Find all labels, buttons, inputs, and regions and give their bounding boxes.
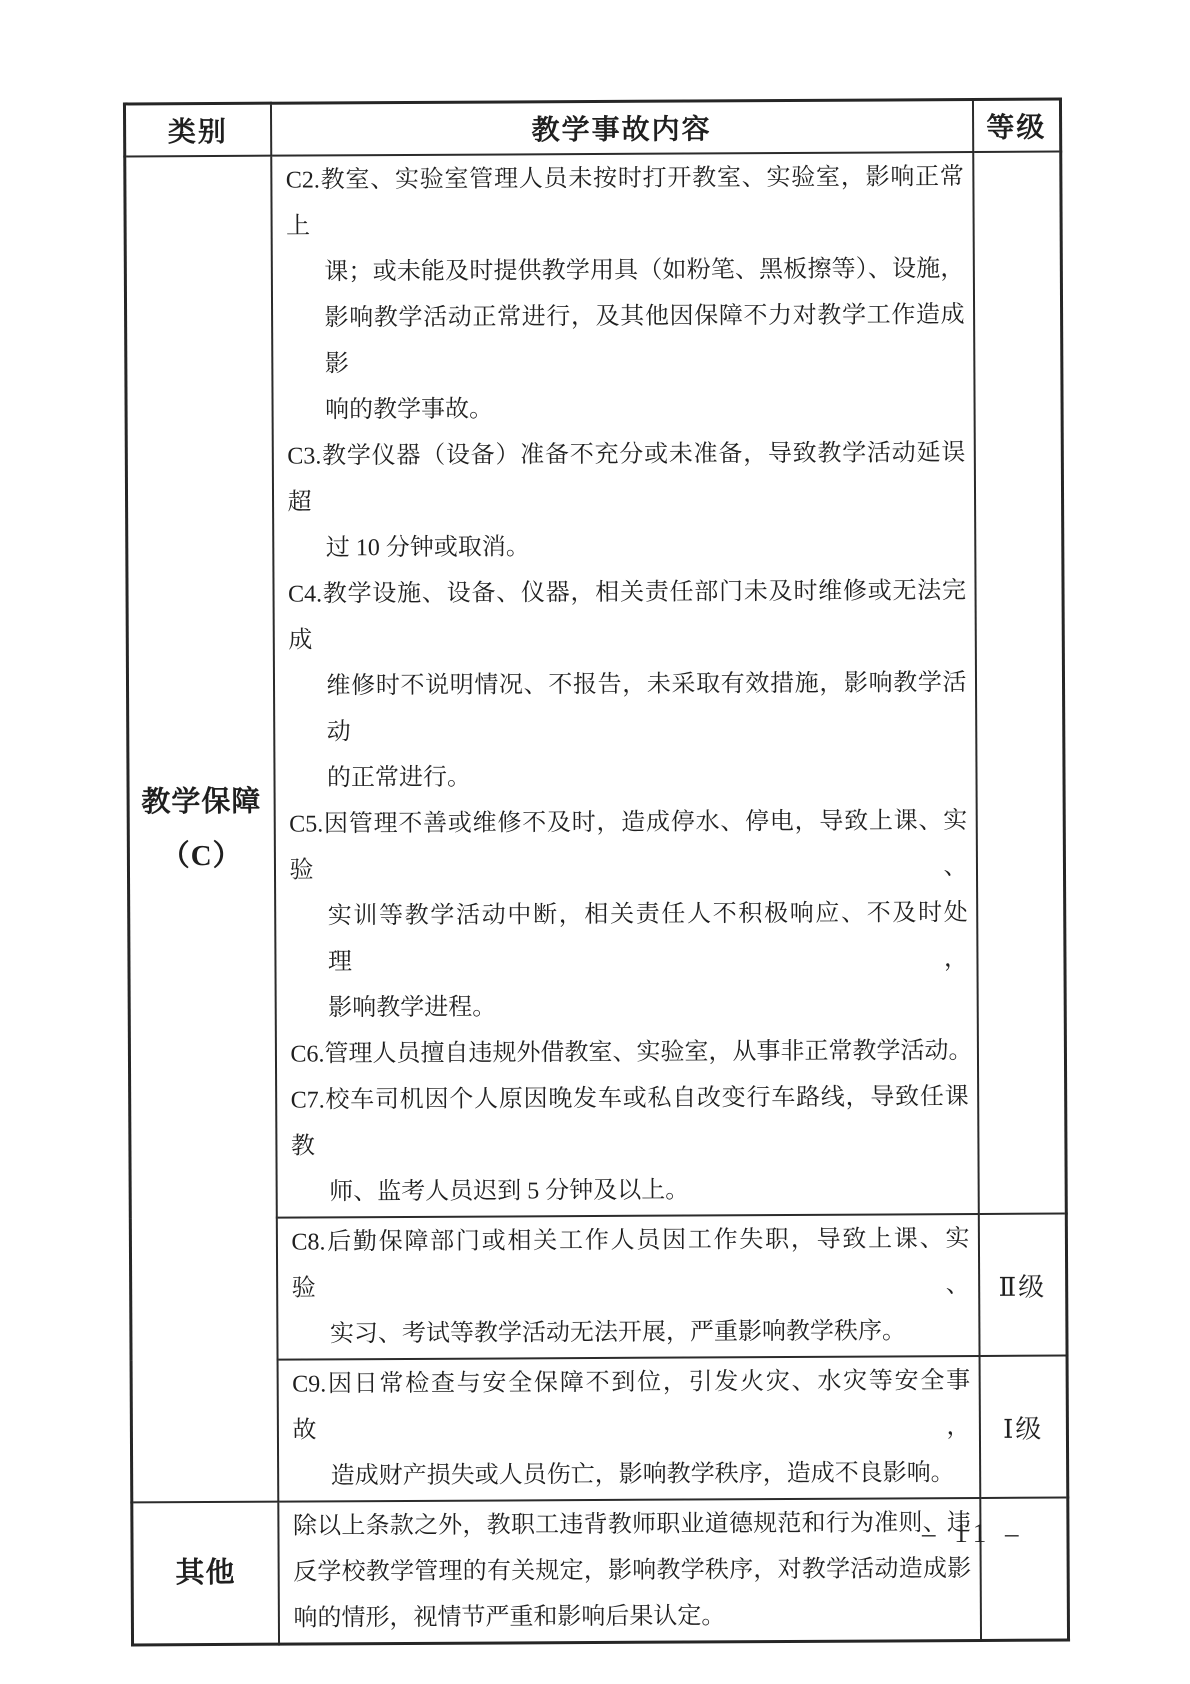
accident-item: C7.校车司机因个人原因晚发车或私自改变行车路线，导致任课教师、监考人员迟到 5… xyxy=(291,1074,970,1216)
accident-item: C9.因日常检查与安全保障不到位，引发火灾、水灾等安全事故，造成财产损失或人员伤… xyxy=(292,1358,971,1500)
content-cell: 除以上条款之外，教职工违背教师职业道德规范和行为准则、违反学校教学管理的有关规定… xyxy=(278,1498,981,1644)
content-line: 除以上条款之外，教职工违背教师职业道德规范和行为准则、违 xyxy=(293,1500,971,1550)
grade-label: Ⅰ级 xyxy=(1003,1414,1043,1443)
accident-item: C2.教室、实验室管理人员未按时打开教室、实验室，影响正常上课；或未能及时提供教… xyxy=(286,154,965,434)
content-line: C5.因管理不善或维修不及时，造成停水、停电，导致上课、实验、 xyxy=(289,798,967,894)
category-label: （C） xyxy=(130,829,274,884)
header-category: 类别 xyxy=(124,103,270,156)
accident-item: C8.后勤保障部门或相关工作人员因工作失职，导致上课、实验、实习、考试等教学活动… xyxy=(291,1216,970,1358)
grade-cell xyxy=(973,152,1067,1214)
grade-cell: Ⅰ级 xyxy=(979,1356,1068,1498)
content-line: 造成财产损失或人员伤亡，影响教学秩序，造成不良影响。 xyxy=(293,1450,971,1500)
grade-cell: Ⅱ级 xyxy=(978,1214,1067,1356)
content-line: 过 10 分钟或取消。 xyxy=(288,522,966,572)
content-line: C2.教室、实验室管理人员未按时打开教室、实验室，影响正常上 xyxy=(286,154,964,250)
content-line: C6.管理人员擅自违规外借教室、实验室，从事非正常教学活动。 xyxy=(290,1028,968,1078)
content-line: C7.校车司机因个人原因晚发车或私自改变行车路线，导致任课教 xyxy=(291,1074,969,1170)
content-line: 反学校教学管理的有关规定，影响教学秩序，对教学活动造成影 xyxy=(293,1546,971,1596)
content-line: 实训等教学活动中断，相关责任人不积极响应、不及时处理， xyxy=(290,890,968,986)
table-header-row: 类别 教学事故内容 等级 xyxy=(124,99,1060,156)
content-cell: C9.因日常检查与安全保障不到位，引发火灾、水灾等安全事故，造成财产损失或人员伤… xyxy=(277,1356,980,1502)
content-line: 影响教学活动正常进行，及其他因保障不力对教学工作造成影 xyxy=(286,292,964,388)
content-line: 响的情形，视情节严重和影响后果认定。 xyxy=(293,1592,971,1642)
category-cell: 教学保障（C） xyxy=(125,156,278,1503)
table-wrapper: 类别 教学事故内容 等级 教学保障（C）C2.教室、实验室管理人员未按时打开教室… xyxy=(123,98,1067,1647)
document-page: 类别 教学事故内容 等级 教学保障（C）C2.教室、实验室管理人员未按时打开教室… xyxy=(0,0,1190,1684)
accident-item: C4.教学设施、设备、仪器，相关责任部门未及时维修或无法完成维修时不说明情况、不… xyxy=(288,568,967,802)
content-line: C9.因日常检查与安全保障不到位，引发火灾、水灾等安全事故， xyxy=(292,1358,970,1454)
content-line: 课；或未能及时提供教学用具（如粉笔、黑板擦等）、设施， xyxy=(286,246,964,296)
accident-item: 除以上条款之外，教职工违背教师职业道德规范和行为准则、违反学校教学管理的有关规定… xyxy=(293,1500,972,1642)
content-cell: C2.教室、实验室管理人员未按时打开教室、实验室，影响正常上课；或未能及时提供教… xyxy=(271,152,979,1218)
category-label: 其他 xyxy=(134,1546,278,1601)
table-row: 教学保障（C）C2.教室、实验室管理人员未按时打开教室、实验室，影响正常上课；或… xyxy=(125,152,1067,1219)
header-content: 教学事故内容 xyxy=(270,100,972,156)
category-label: 教学保障 xyxy=(129,775,273,830)
content-line: C3.教学仪器（设备）准备不充分或未准备，导致教学活动延误超 xyxy=(287,430,965,526)
content-line: 的正常进行。 xyxy=(289,752,967,802)
content-line: C8.后勤保障部门或相关工作人员因工作失职，导致上课、实验、 xyxy=(291,1216,969,1312)
accident-item: C3.教学仪器（设备）准备不充分或未准备，导致教学活动延误超过 10 分钟或取消… xyxy=(287,430,966,572)
header-grade: 等级 xyxy=(972,99,1060,152)
content-line: 响的教学事故。 xyxy=(287,384,965,434)
category-cell: 其他 xyxy=(132,1502,279,1645)
page-number: – 11 – xyxy=(922,1518,1025,1549)
content-cell: C8.后勤保障部门或相关工作人员因工作失职，导致上课、实验、实习、考试等教学活动… xyxy=(276,1214,979,1360)
content-line: 师、监考人员迟到 5 分钟及以上。 xyxy=(291,1166,969,1216)
grade-label: Ⅱ级 xyxy=(999,1272,1047,1301)
accident-table: 类别 教学事故内容 等级 教学保障（C）C2.教室、实验室管理人员未按时打开教室… xyxy=(123,98,1070,1647)
accident-item: C5.因管理不善或维修不及时，造成停水、停电，导致上课、实验、实训等教学活动中断… xyxy=(289,798,968,1032)
accident-item: C6.管理人员擅自违规外借教室、实验室，从事非正常教学活动。 xyxy=(290,1028,968,1078)
content-line: C4.教学设施、设备、仪器，相关责任部门未及时维修或无法完成 xyxy=(288,568,966,664)
content-line: 实习、考试等教学活动无法开展，严重影响教学秩序。 xyxy=(292,1308,970,1358)
content-line: 影响教学进程。 xyxy=(290,982,968,1032)
content-line: 维修时不说明情况、不报告，未采取有效措施，影响教学活动 xyxy=(288,660,966,756)
